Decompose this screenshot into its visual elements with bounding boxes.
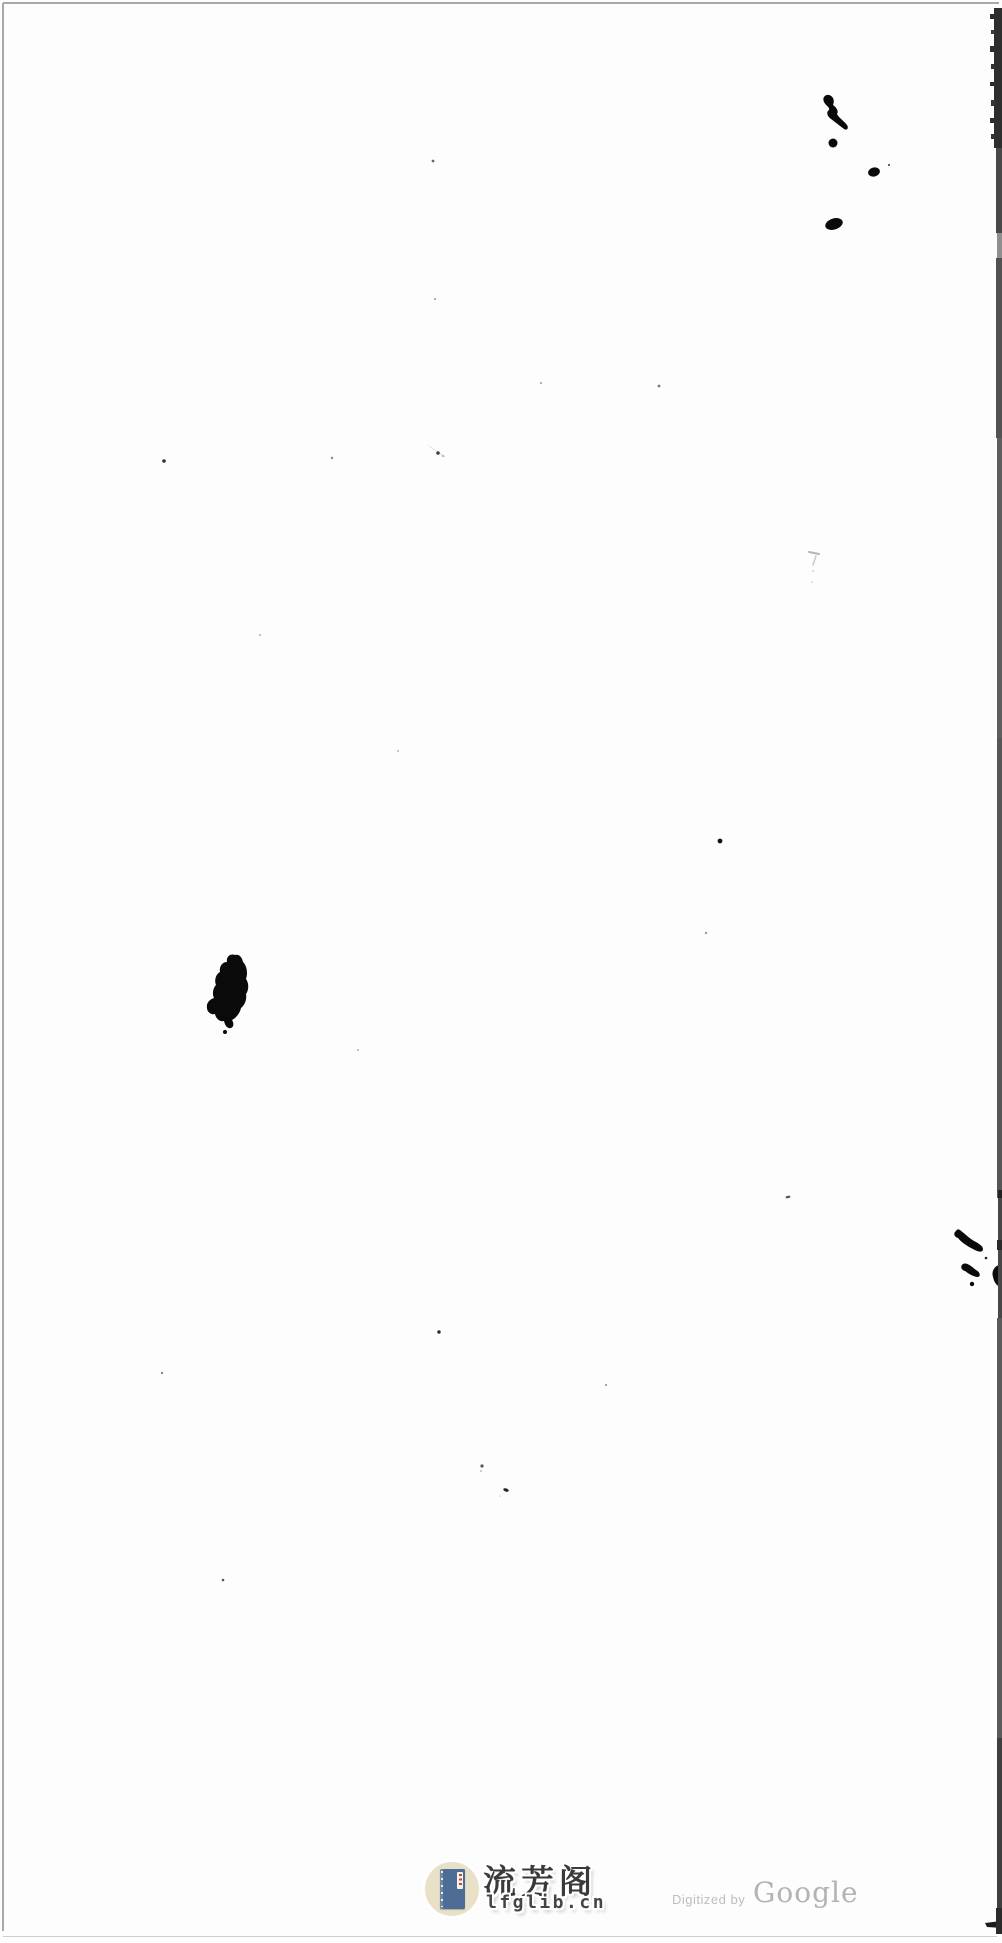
ink-speck <box>331 457 333 459</box>
google-logo: Google <box>753 1876 859 1909</box>
ink-speck <box>888 164 890 166</box>
scan-edge-segment <box>997 1240 1002 1250</box>
ink-scratch <box>813 556 816 565</box>
scan-edge-segment <box>998 1198 1002 1318</box>
ink-edge-blob <box>992 1264 1002 1288</box>
ink-speck <box>432 160 435 163</box>
ink-squiggle-right-2 <box>961 1264 979 1277</box>
scan-edge-segment <box>997 233 1002 258</box>
page-border-top <box>3 2 999 4</box>
ink-speck <box>434 298 436 300</box>
ink-speck <box>812 570 814 572</box>
scan-edge-jag <box>990 46 995 52</box>
ink-squiggle-right-1 <box>954 1229 983 1251</box>
ink-comma <box>503 1488 509 1493</box>
ink-speck <box>161 1372 163 1374</box>
ink-speck <box>658 385 661 388</box>
ink-speck <box>436 451 440 455</box>
ink-speck <box>985 1257 988 1260</box>
ink-speck <box>705 932 707 934</box>
scan-edge-segment <box>997 438 1002 738</box>
book-title-marks <box>459 1874 462 1887</box>
ink-speck <box>605 1384 607 1386</box>
scan-edge-jag <box>990 14 995 19</box>
scan-edge-segment <box>997 738 1002 1198</box>
scan-edge-jag <box>991 64 995 69</box>
scan-edge-segment <box>998 1190 1002 1198</box>
ink-speck <box>480 1464 483 1467</box>
ink-edge-tick <box>985 1921 1002 1928</box>
scanned-page: 流芳阁 lfglib.cn Digitized by Google <box>0 0 1002 1943</box>
ink-marks-layer <box>0 0 1002 1943</box>
ink-squiggle-top-right <box>823 95 847 130</box>
ink-blob-large <box>207 954 248 1028</box>
ink-speck <box>162 459 166 463</box>
book-icon <box>440 1869 465 1909</box>
page-border-left <box>2 3 4 1931</box>
scan-edge-jag <box>991 30 995 34</box>
scan-edge-jag <box>991 134 995 139</box>
watermark-site-domain: lfglib.cn <box>486 1892 606 1913</box>
ink-speck <box>540 382 542 384</box>
page-border-bottom <box>3 1936 997 1937</box>
ink-dot <box>437 1330 440 1333</box>
scan-edge-jag <box>990 118 995 123</box>
scan-edge-segment <box>994 8 1002 148</box>
ink-speck <box>811 581 813 583</box>
ink-scratch <box>809 552 819 554</box>
book-stitches <box>441 1871 443 1907</box>
scan-edge-jag <box>990 82 995 86</box>
ink-scratch <box>429 446 445 457</box>
ink-dot <box>223 1030 227 1034</box>
book-title-label <box>457 1872 463 1889</box>
ink-dash <box>785 1195 790 1198</box>
scan-edge-jag <box>991 100 995 106</box>
ink-oval <box>867 166 881 178</box>
ink-speck <box>222 1579 225 1582</box>
scan-edge-segment <box>997 1318 1002 1738</box>
ink-speck <box>499 1495 501 1497</box>
ink-oval <box>824 216 845 232</box>
ink-dot <box>970 1282 974 1286</box>
ink-speck <box>357 1049 359 1051</box>
ink-dot <box>829 139 838 148</box>
digitized-by-label: Digitized by <box>672 1892 745 1907</box>
lfglib-logo-icon <box>425 1862 479 1916</box>
ink-speck <box>397 750 399 752</box>
scan-edge-segment <box>997 1738 1002 1908</box>
ink-speck <box>480 1470 482 1472</box>
ink-speck <box>259 634 261 636</box>
ink-dot <box>718 839 723 844</box>
scan-edge-segment <box>996 258 1002 438</box>
scan-edge-segment <box>996 148 1002 233</box>
scan-edge-segment <box>996 1908 1002 1934</box>
ink-speck <box>442 455 444 457</box>
